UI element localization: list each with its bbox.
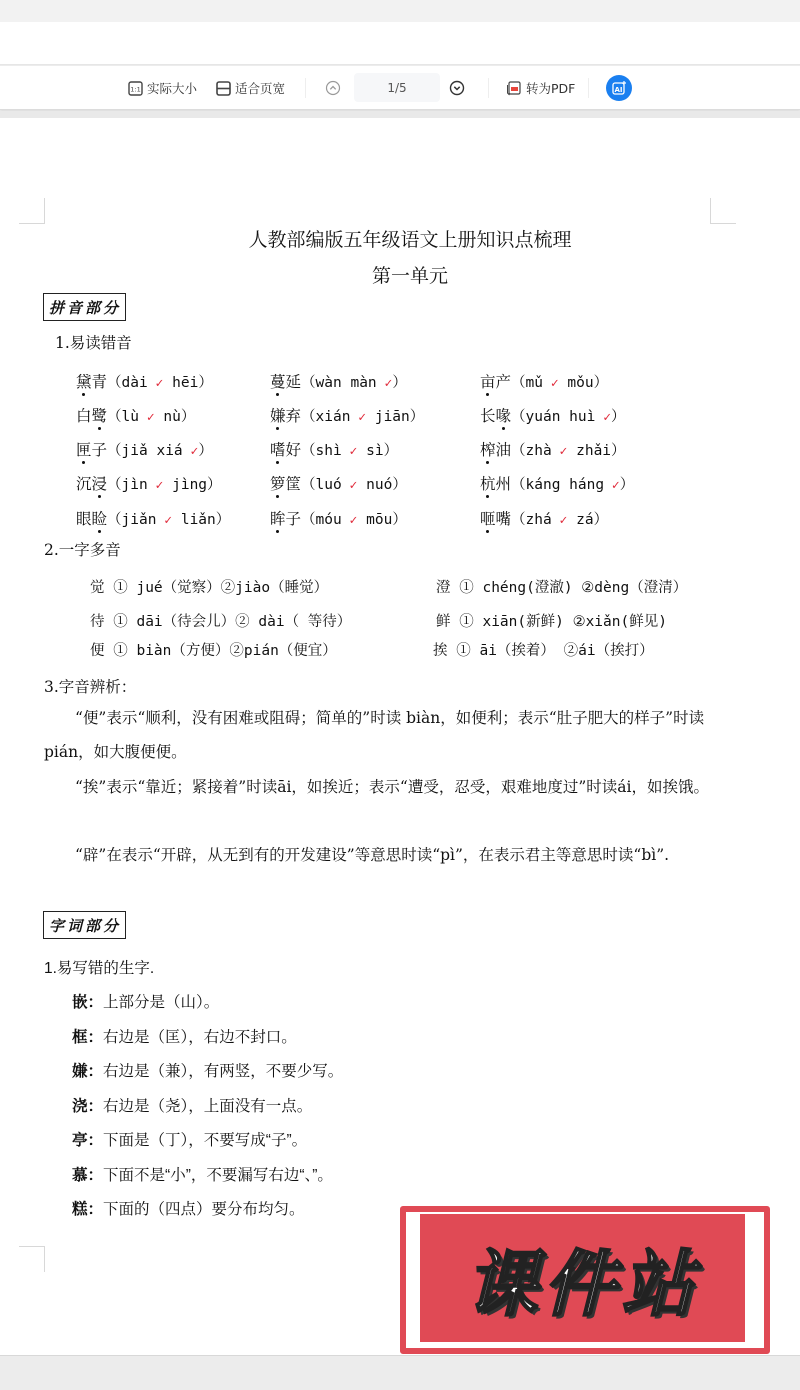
colon: ：: [88, 1029, 104, 1046]
pinyin-entry: 匣子（jiǎ xiá ✓）: [76, 438, 213, 460]
pinyin-options: （dài ✓ hēi）: [107, 375, 213, 391]
colon: ：: [88, 1063, 104, 1080]
emphasis-dot-char: 亩: [480, 373, 496, 391]
pinyin-options: （lù ✓ nù）: [107, 409, 195, 425]
pinyin-word: 榨油: [480, 441, 511, 459]
paren: （: [301, 375, 316, 391]
word-char: 产: [496, 373, 512, 391]
emphasis-dot-char: 杭: [480, 475, 496, 493]
paren: ）: [392, 375, 407, 391]
pinyin-option: yuán: [526, 409, 561, 425]
pdf-convert-icon: [506, 80, 522, 96]
paren: （: [301, 409, 316, 425]
paren: ）: [611, 409, 626, 425]
word-char: 浇: [72, 1098, 88, 1115]
colon: ：: [88, 994, 104, 1011]
check-icon: ✓: [543, 376, 559, 391]
word-char: 油: [496, 441, 512, 459]
emphasis-dot-char: 睑: [92, 510, 108, 528]
word-char: 筐: [286, 475, 302, 493]
pinyin-word: 眸子: [270, 510, 301, 528]
analysis-paragraph: “挨”表示“靠近；紧接着”时读āi，如挨近；表示“遭受，忍受，艰难地度过”时读á…: [44, 770, 714, 804]
window-top-strip: [0, 0, 800, 22]
watermark-text: 课件站: [420, 1214, 745, 1342]
pinyin-option: wàn: [316, 375, 342, 391]
page-indicator: 1/5: [387, 81, 406, 95]
pinyin-entry: 黛青（dài ✓ hēi）: [76, 370, 213, 392]
pinyin-option: háng: [560, 477, 604, 493]
pinyin-entry: 咂嘴（zhá ✓ zá）: [480, 507, 608, 529]
check-icon: ✓: [604, 478, 620, 493]
page-number-input[interactable]: 1/5: [354, 73, 440, 102]
word-char: 亭: [72, 1132, 88, 1149]
word-char: 子: [92, 441, 108, 459]
word-char: 框: [72, 1029, 88, 1046]
pinyin-option: zá: [567, 512, 593, 528]
emphasis-dot-char: 匣: [76, 441, 92, 459]
convert-pdf-label: 转为PDF: [526, 79, 575, 97]
pinyin-options: （xián ✓ jiān）: [301, 409, 424, 425]
paren: ）: [198, 375, 213, 391]
paren: （: [301, 477, 316, 493]
paren: （: [511, 375, 526, 391]
pinyin-word: 黛青: [76, 373, 107, 391]
pinyin-option: mōu: [357, 512, 392, 528]
actual-size-icon: 1:1: [128, 81, 143, 96]
toolbar-divider: [588, 78, 589, 98]
pinyin-entry: 嫌弃（xián ✓ jiān）: [270, 404, 424, 426]
pinyin-word: 杭州: [480, 475, 511, 493]
pinyin-option: zhǎi: [567, 443, 611, 459]
pinyin-entry: 蔓延（wàn màn ✓）: [270, 370, 407, 392]
section-heading-words: 字词部分: [43, 911, 126, 939]
pinyin-option: jiǎn: [122, 512, 157, 528]
pinyin-option: jìng: [163, 477, 207, 493]
pinyin-word: 白鹭: [76, 407, 107, 425]
emphasis-dot-char: 咂: [480, 510, 496, 528]
paren: ）: [181, 409, 196, 425]
check-icon: ✓: [595, 410, 611, 425]
emphasis-dot-char: 榨: [480, 441, 496, 459]
word-char: 糕: [72, 1201, 88, 1218]
previous-page-button[interactable]: [323, 78, 343, 98]
check-icon: ✓: [156, 513, 172, 528]
paren: ）: [216, 512, 231, 528]
paren: ）: [392, 477, 407, 493]
document-title: 人教部编版五年级语文上册知识点梳理: [0, 225, 800, 252]
paren: ）: [207, 477, 222, 493]
word-item: 框：右边是（匡），右边不封口。: [72, 1025, 297, 1047]
svg-text:1:1: 1:1: [130, 85, 140, 93]
pinyin-option: shì: [316, 443, 342, 459]
pinyin-option: zhá: [526, 512, 552, 528]
pinyin-option: lù: [122, 409, 139, 425]
emphasis-dot-char: 鹭: [92, 407, 108, 425]
watermark-stamp: 课件站: [400, 1206, 770, 1354]
check-icon: ✓: [139, 410, 155, 425]
header-bar: [0, 22, 800, 65]
word-char: 嘴: [496, 510, 512, 528]
viewer-bottom-area: [0, 1355, 800, 1390]
pinyin-word: 咂嘴: [480, 510, 511, 528]
paren: （: [301, 512, 316, 528]
polyphone-right: 鲜 ① xiān(新鲜) ②xiǎn(鲜见): [436, 610, 667, 631]
paren: ）: [392, 512, 407, 528]
paren: ）: [384, 443, 399, 459]
page-corner-marker: [710, 198, 736, 224]
word-char: 嵌: [72, 994, 88, 1011]
polyphone-heading: 2.一字多音: [44, 538, 121, 560]
word-char: 弃: [286, 407, 302, 425]
words-subheading: 1.易写错的生字.: [44, 956, 154, 978]
word-char: 长: [480, 407, 496, 425]
pinyin-options: （káng háng ✓）: [511, 477, 634, 493]
paren: ）: [594, 375, 609, 391]
pinyin-option: xián: [316, 409, 351, 425]
emphasis-dot-char: 喙: [496, 407, 512, 425]
paren: ）: [594, 512, 609, 528]
chevron-down-circle-icon: [449, 80, 465, 96]
toolbar-divider: [488, 78, 489, 98]
pinyin-option: jiān: [366, 409, 410, 425]
word-note: 右边是（匡），右边不封口。: [103, 1029, 297, 1046]
pinyin-option: hēi: [163, 375, 198, 391]
pinyin-option: màn: [342, 375, 377, 391]
pinyin-entry: 榨油（zhà ✓ zhǎi）: [480, 438, 626, 460]
word-note: 右边是（兼），有两竖，不要少写。: [103, 1063, 343, 1080]
word-item: 亭：下面是（丁），不要写成“子”。: [72, 1128, 307, 1150]
pinyin-option: nuó: [357, 477, 392, 493]
check-icon: ✓: [148, 478, 164, 493]
emphasis-dot-char: 箩: [270, 475, 286, 493]
polyphone-left: 便 ① biàn（方便）②pián（便宜）: [90, 639, 337, 660]
pinyin-options: （móu ✓ mōu）: [301, 512, 407, 528]
check-icon: ✓: [183, 444, 199, 459]
fit-width-icon: [216, 81, 231, 96]
emphasis-dot-char: 黛: [76, 373, 92, 391]
check-icon: ✓: [377, 376, 393, 391]
paren: （: [511, 409, 526, 425]
word-char: 子: [286, 510, 302, 528]
word-note: 下面的（四点）要分布均匀。: [103, 1201, 305, 1218]
pinyin-options: （jiǎn ✓ liǎn）: [107, 512, 230, 528]
pinyin-word: 箩筐: [270, 475, 301, 493]
word-char: 好: [286, 441, 302, 459]
paren: （: [511, 443, 526, 459]
pinyin-options: （yuán huì ✓）: [511, 409, 626, 425]
fit-width-button[interactable]: 适合页宽: [216, 66, 285, 110]
polyphone-right: 澄 ① chéng(澄澈) ②dèng（澄清）: [436, 576, 687, 597]
pinyin-option: liǎn: [172, 512, 216, 528]
paren: （: [511, 477, 526, 493]
paren: ）: [198, 443, 213, 459]
analysis-paragraph: “便”表示“顺利，没有困难或阻碍；简单的”时读 biàn，如便利；表示“肚子肥大…: [44, 701, 714, 769]
pinyin-entry: 白鹭（lù ✓ nù）: [76, 404, 195, 426]
viewer-toolbar: 1:1 实际大小 适合页宽 1/5 转为PDF: [0, 66, 800, 110]
pinyin-word: 嗜好: [270, 441, 301, 459]
pinyin-option: jiǎ: [122, 443, 148, 459]
check-icon: ✓: [552, 513, 568, 528]
section-heading-pinyin: 拼音部分: [43, 293, 126, 321]
pinyin-option: xiá: [148, 443, 183, 459]
pinyin-entry: 眼睑（jiǎn ✓ liǎn）: [76, 507, 230, 529]
pinyin-option: luó: [316, 477, 342, 493]
ai-assistant-button[interactable]: AI: [606, 75, 632, 101]
word-char: 沉: [76, 475, 92, 493]
pinyin-option: jìn: [122, 477, 148, 493]
pinyin-option: sì: [357, 443, 383, 459]
polyphone-left: 待 ① dāi（待会儿）② dài（ 等待）: [90, 610, 351, 631]
paren: （: [107, 409, 122, 425]
colon: ：: [88, 1167, 104, 1184]
pinyin-word: 匣子: [76, 441, 107, 459]
pinyin-word: 蔓延: [270, 373, 301, 391]
word-note: 下面不是“小”，不要漏写右边“、”。: [103, 1167, 333, 1184]
actual-size-label: 实际大小: [147, 79, 197, 97]
chevron-up-circle-icon: [325, 80, 341, 96]
check-icon: ✓: [350, 410, 366, 425]
check-icon: ✓: [342, 478, 358, 493]
polyphone-right: 挨 ① āi（挨着） ②ái（挨打）: [433, 639, 654, 660]
emphasis-dot-char: 嗜: [270, 441, 286, 459]
page-corner-marker: [19, 1246, 45, 1272]
pinyin-option: huì: [560, 409, 595, 425]
toolbar-divider: [305, 78, 306, 98]
pinyin-option: mǔ: [526, 375, 543, 391]
word-item: 嵌：上部分是（山）。: [72, 990, 219, 1012]
paren: （: [511, 512, 526, 528]
word-item: 慕：下面不是“小”，不要漏写右边“、”。: [72, 1163, 333, 1185]
polyphone-left: 觉 ① jué（觉察）②jiào（睡觉）: [90, 576, 328, 597]
pinyin-option: dài: [122, 375, 148, 391]
word-note: 右边是（尧），上面没有一点。: [103, 1098, 312, 1115]
pinyin-word: 沉浸: [76, 475, 107, 493]
pinyin-entry: 沉浸（jìn ✓ jìng）: [76, 472, 222, 494]
page-corner-marker: [19, 198, 45, 224]
colon: ：: [88, 1098, 104, 1115]
pinyin-word: 亩产: [480, 373, 511, 391]
word-note: 上部分是（山）。: [103, 994, 219, 1011]
analysis-heading: 3.字音辨析：: [44, 675, 136, 697]
pinyin-entry: 箩筐（luó ✓ nuó）: [270, 472, 407, 494]
paren: （: [107, 477, 122, 493]
word-char: 嫌: [72, 1063, 88, 1080]
emphasis-dot-char: 蔓: [270, 373, 286, 391]
paren: （: [107, 512, 122, 528]
pinyin-options: （jiǎ xiá ✓）: [107, 443, 213, 459]
pinyin-option: nù: [155, 409, 181, 425]
pinyin-options: （jìn ✓ jìng）: [107, 477, 222, 493]
word-char: 州: [496, 475, 512, 493]
word-item: 糕：下面的（四点）要分布均匀。: [72, 1197, 305, 1219]
pinyin-entry: 嗜好（shì ✓ sì）: [270, 438, 398, 460]
pinyin-options: （zhà ✓ zhǎi）: [511, 443, 626, 459]
ai-icon: AI: [611, 80, 627, 96]
pinyin-entry: 眸子（móu ✓ mōu）: [270, 507, 407, 529]
actual-size-button[interactable]: 1:1 实际大小: [128, 66, 197, 110]
pinyin-entry: 长喙（yuán huì ✓）: [480, 404, 626, 426]
pinyin-entry: 亩产（mǔ ✓ mǒu）: [480, 370, 608, 392]
pinyin-option: móu: [316, 512, 342, 528]
page-gutter: [0, 111, 800, 118]
pinyin-word: 长喙: [480, 407, 511, 425]
check-icon: ✓: [342, 444, 358, 459]
colon: ：: [88, 1132, 104, 1149]
pinyin-entry: 杭州（káng háng ✓）: [480, 472, 634, 494]
word-note: 下面是（丁），不要写成“子”。: [103, 1132, 307, 1149]
word-char: 慕: [72, 1167, 88, 1184]
word-item: 嫌：右边是（兼），有两竖，不要少写。: [72, 1059, 343, 1081]
paren: （: [107, 443, 122, 459]
pinyin-options: （shì ✓ sì）: [301, 443, 398, 459]
pinyin-option: káng: [526, 477, 561, 493]
paren: （: [107, 375, 122, 391]
next-page-button[interactable]: [447, 78, 467, 98]
word-char: 白: [76, 407, 92, 425]
pinyin-options: （luó ✓ nuó）: [301, 477, 407, 493]
pinyin-subheading: 1.易读错音: [55, 331, 132, 353]
word-char: 青: [92, 373, 108, 391]
emphasis-dot-char: 眸: [270, 510, 286, 528]
pinyin-option: zhà: [526, 443, 552, 459]
emphasis-dot-char: 浸: [92, 475, 108, 493]
paren: （: [301, 443, 316, 459]
check-icon: ✓: [552, 444, 568, 459]
emphasis-dot-char: 嫌: [270, 407, 286, 425]
pinyin-options: （mǔ ✓ mǒu）: [511, 375, 608, 391]
fit-width-label: 适合页宽: [235, 79, 285, 97]
pinyin-word: 眼睑: [76, 510, 107, 528]
paren: ）: [611, 443, 626, 459]
document-page: 人教部编版五年级语文上册知识点梳理 第一单元 拼音部分 1.易读错音 黛青（dà…: [0, 118, 800, 1355]
paren: ）: [410, 409, 425, 425]
word-char: 延: [286, 373, 302, 391]
pinyin-options: （zhá ✓ zá）: [511, 512, 608, 528]
convert-pdf-button[interactable]: 转为PDF: [506, 66, 575, 110]
pinyin-options: （wàn màn ✓）: [301, 375, 407, 391]
paren: ）: [620, 477, 635, 493]
svg-text:AI: AI: [614, 86, 622, 94]
document-subtitle: 第一单元: [0, 261, 800, 288]
check-icon: ✓: [342, 513, 358, 528]
word-char: 眼: [76, 510, 92, 528]
word-item: 浇：右边是（尧），上面没有一点。: [72, 1094, 312, 1116]
pinyin-option: mǒu: [559, 375, 594, 391]
colon: ：: [88, 1201, 104, 1218]
check-icon: ✓: [148, 376, 164, 391]
analysis-paragraph: “辟”在表示“开辟，从无到有的开发建设”等意思时读“pì”，在表示君主等意思时读…: [44, 838, 714, 872]
pinyin-word: 嫌弃: [270, 407, 301, 425]
